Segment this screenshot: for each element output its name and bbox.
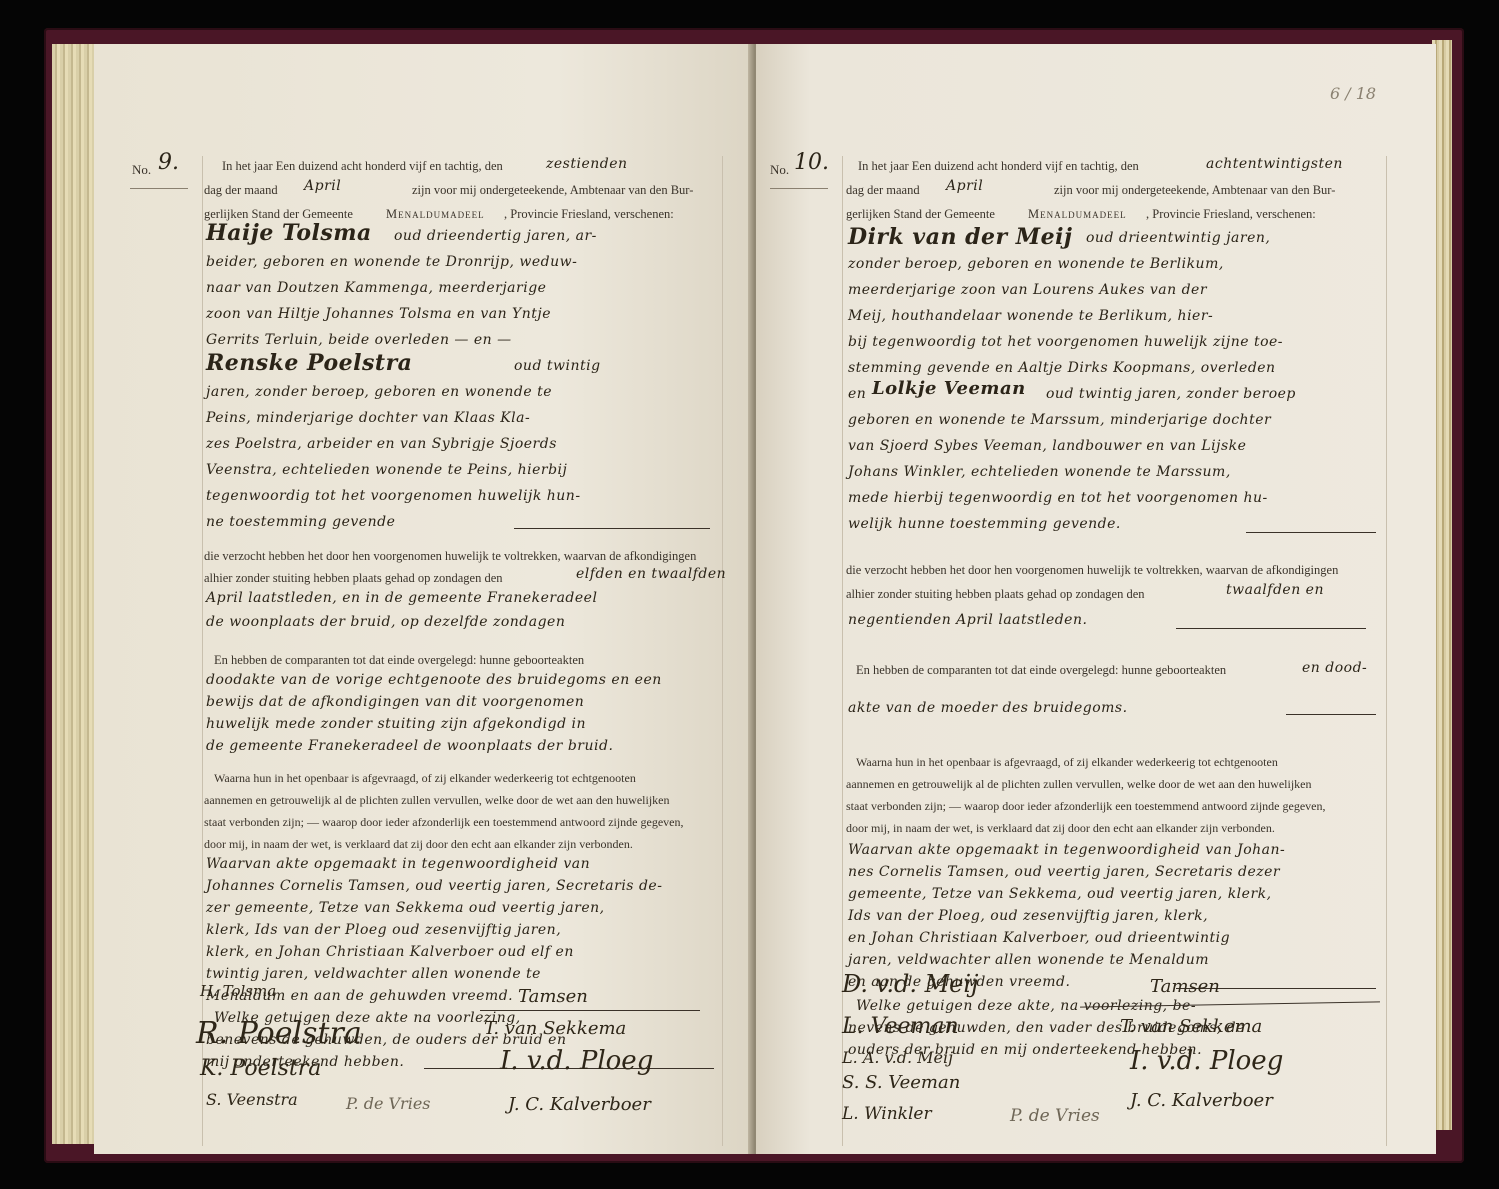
bride-text: Peins, minderjarige dochter van Klaas Kl… [206, 410, 530, 426]
bride-text: ne toestemming gevende [206, 514, 395, 530]
bride-text: van Sjoerd Sybes Veeman, landbouwer en v… [848, 438, 1246, 454]
signature: R. Poelstra [196, 1016, 362, 1051]
groom-text: Gerrits Terluin, beide overleden — en — [206, 332, 512, 348]
signature: Tamsen [518, 986, 588, 1007]
bride-name: Lolkje Veeman [872, 378, 1026, 399]
day-handwritten: achtentwintigsten [1206, 156, 1343, 172]
record-number-label: No. [770, 162, 789, 178]
signature: D. v.d. Meij [842, 970, 979, 998]
witness-text: jaren, veldwachter allen wonende te Mena… [848, 952, 1209, 968]
intro-line-3b: , Provincie Friesland, verschenen: [504, 202, 674, 226]
groom-text: oud drieendertig jaren, ar- [394, 228, 597, 244]
vows-text: aannemen en getrouwelijk al de plichten … [204, 788, 670, 812]
groom-text: naar van Doutzen Kammenga, meerderjarige [206, 280, 546, 296]
bride-name: Renske Poelstra [206, 350, 412, 376]
signature: K. Poelstra [200, 1056, 321, 1081]
signature: L. Winkler [842, 1104, 932, 1124]
groom-text: meerderjarige zoon van Lourens Aukes van… [848, 282, 1207, 298]
fill-line [1246, 532, 1376, 533]
signature-underline [480, 1010, 700, 1011]
record-number: 10. [794, 150, 829, 175]
groom-text: bij tegenwoordig tot het voorgenomen huw… [848, 334, 1283, 350]
vows-text: door mij, in naam der wet, is verklaard … [846, 816, 1275, 840]
bride-text: oud twintig [514, 358, 601, 374]
vows-text: Waarna hun in het openbaar is afgevraagd… [856, 750, 1278, 774]
groom-text: beider, geboren en wonende te Dronrijp, … [206, 254, 577, 270]
intro-line-3a: gerlijken Stand der Gemeente [846, 202, 995, 226]
signature: P. de Vries [346, 1094, 431, 1113]
signature: S. S. Veeman [842, 1072, 960, 1093]
intro-line-3b: , Provincie Friesland, verschenen: [1146, 202, 1316, 226]
signature: I. v.d. Ploeg [500, 1046, 653, 1076]
banns-line-2: alhier zonder stuiting hebben plaats geh… [204, 566, 503, 590]
groom-text: Meij, houthandelaar wonende te Berlikum,… [848, 308, 1213, 324]
fill-line [1176, 628, 1366, 629]
bride-text: geboren en wonende te Marssum, minderjar… [848, 412, 1271, 428]
banns-hand: negentienden April laatstleden. [848, 612, 1087, 628]
witness-text: Ids van der Ploeg, oud zesenvijftig jare… [848, 908, 1208, 924]
witness-text: Johannes Cornelis Tamsen, oud veertig ja… [206, 878, 662, 894]
bride-text: welijk hunne toestemming gevende. [848, 516, 1121, 532]
intro-line-2a: dag der maand [204, 178, 278, 202]
municipality: Menaldumadeel [386, 202, 485, 226]
banns-hand: April laatstleden, en in de gemeente Fra… [206, 590, 597, 606]
docs-hand: de gemeente Franekeradeel de woonplaats … [206, 738, 613, 754]
groom-name: Haije Tolsma [206, 220, 372, 246]
margin-rule [722, 156, 723, 1146]
signature: T. van Sekkema [484, 1018, 626, 1039]
witness-text: klerk, en Johan Christiaan Kalverboer ou… [206, 944, 574, 960]
witness-text: Waarvan akte opgemaakt in tegenwoordighe… [206, 856, 590, 872]
groom-text: zoon van Hiltje Johannes Tolsma en van Y… [206, 306, 551, 322]
left-page: No. 9. In het jaar Een duizend acht hond… [94, 44, 754, 1154]
witness-text: zer gemeente, Tetze van Sekkema oud veer… [206, 900, 605, 916]
signature: T. van Sekkema [1120, 1016, 1262, 1037]
intro-line-1: In het jaar Een duizend acht honderd vij… [222, 154, 503, 178]
vows-text: Waarna hun in het openbaar is afgevraagd… [214, 766, 636, 790]
signature: J. C. Kalverboer [508, 1094, 651, 1115]
witness-text: gemeente, Tetze van Sekkema, oud veertig… [848, 886, 1272, 902]
banns-hand: de woonplaats der bruid, op dezelfde zon… [206, 614, 565, 630]
month-handwritten: April [304, 178, 341, 194]
fill-line [1286, 714, 1376, 715]
banns-hand: elfden en twaalfden [576, 566, 726, 582]
groom-name: Dirk van der Meij [848, 224, 1072, 250]
vows-text: door mij, in naam der wet, is verklaard … [204, 832, 633, 856]
docs-hand: doodakte van de vorige echtgenoote des b… [206, 672, 662, 688]
bride-text: jaren, zonder beroep, geboren en wonende… [206, 384, 552, 400]
groom-text: oud drieentwintig jaren, [1086, 230, 1270, 246]
page-edges-left [52, 44, 98, 1144]
witness-text: Waarvan akte opgemaakt in tegenwoordighe… [848, 842, 1285, 858]
divider [770, 188, 828, 189]
intro-line-2b: zijn voor mij ondergeteekende, Ambtenaar… [412, 178, 693, 202]
bride-text: tegenwoordig tot het voorgenomen huwelij… [206, 488, 581, 504]
intro-line-2a: dag der maand [846, 178, 920, 202]
fill-line [514, 528, 710, 529]
bride-prefix: en [848, 386, 866, 402]
groom-text: zonder beroep, geboren en wonende te Ber… [848, 256, 1224, 272]
banns-line-1: die verzocht hebben het door hen voorgen… [846, 558, 1338, 582]
docs-hand: en dood- [1302, 660, 1367, 676]
banns-hand: twaalfden en [1226, 582, 1324, 598]
signature: P. de Vries [1010, 1106, 1100, 1126]
docs-hand: huwelijk mede zonder stuiting zijn afgek… [206, 716, 586, 732]
docs-line: En hebben de comparanten tot dat einde o… [214, 648, 584, 672]
divider [130, 188, 188, 189]
bride-text: mede hierbij tegenwoordig en tot het voo… [848, 490, 1268, 506]
docs-hand: bewijs dat de afkondigingen van dit voor… [206, 694, 584, 710]
signature: S. Veenstra [206, 1090, 298, 1109]
bride-text: Johans Winkler, echtelieden wonende te M… [848, 464, 1231, 480]
witness-text: klerk, Ids van der Ploeg oud zesenvijfti… [206, 922, 561, 938]
signature: J. C. Kalverboer [1130, 1090, 1273, 1111]
vows-text: staat verbonden zijn; — waarop door iede… [204, 810, 684, 834]
signature: I. v.d. Ploeg [1130, 1046, 1283, 1076]
margin-rule [1386, 156, 1387, 1146]
witness-text: en Johan Christiaan Kalverboer, oud drie… [848, 930, 1230, 946]
banns-line-1: die verzocht hebben het door hen voorgen… [204, 544, 696, 568]
record-number-label: No. [132, 162, 151, 178]
signature: L. A. v.d. Meij [842, 1048, 953, 1067]
signature: L. Veeman [842, 1014, 959, 1039]
witness-text: twintig jaren, veldwachter allen wonende… [206, 966, 541, 982]
bride-text: oud twintig jaren, zonder beroep [1046, 386, 1296, 402]
intro-line-1: In het jaar Een duizend acht honderd vij… [858, 154, 1139, 178]
vows-text: staat verbonden zijn; — waarop door iede… [846, 794, 1326, 818]
vows-text: aannemen en getrouwelijk al de plichten … [846, 772, 1312, 796]
folio-number: 6 / 18 [1330, 84, 1376, 103]
record-number: 9. [158, 150, 179, 175]
docs-line: En hebben de comparanten tot dat einde o… [856, 658, 1226, 682]
signature: H. Tolsma [200, 982, 276, 1000]
docs-hand: akte van de moeder des bruidegoms. [848, 700, 1128, 716]
intro-line-2b: zijn voor mij ondergeteekende, Ambtenaar… [1054, 178, 1335, 202]
witness-text: nes Cornelis Tamsen, oud veertig jaren, … [848, 864, 1280, 880]
banns-line-2: alhier zonder stuiting hebben plaats geh… [846, 582, 1145, 606]
groom-text: stemming gevende en Aaltje Dirks Koopman… [848, 360, 1276, 376]
month-handwritten: April [946, 178, 983, 194]
day-handwritten: zestienden [546, 156, 628, 172]
signature: Tamsen [1150, 976, 1220, 997]
bride-text: Veenstra, echtelieden wonende te Peins, … [206, 462, 567, 478]
bride-text: zes Poelstra, arbeider en van Sybrigje S… [206, 436, 557, 452]
municipality: Menaldumadeel [1028, 202, 1127, 226]
